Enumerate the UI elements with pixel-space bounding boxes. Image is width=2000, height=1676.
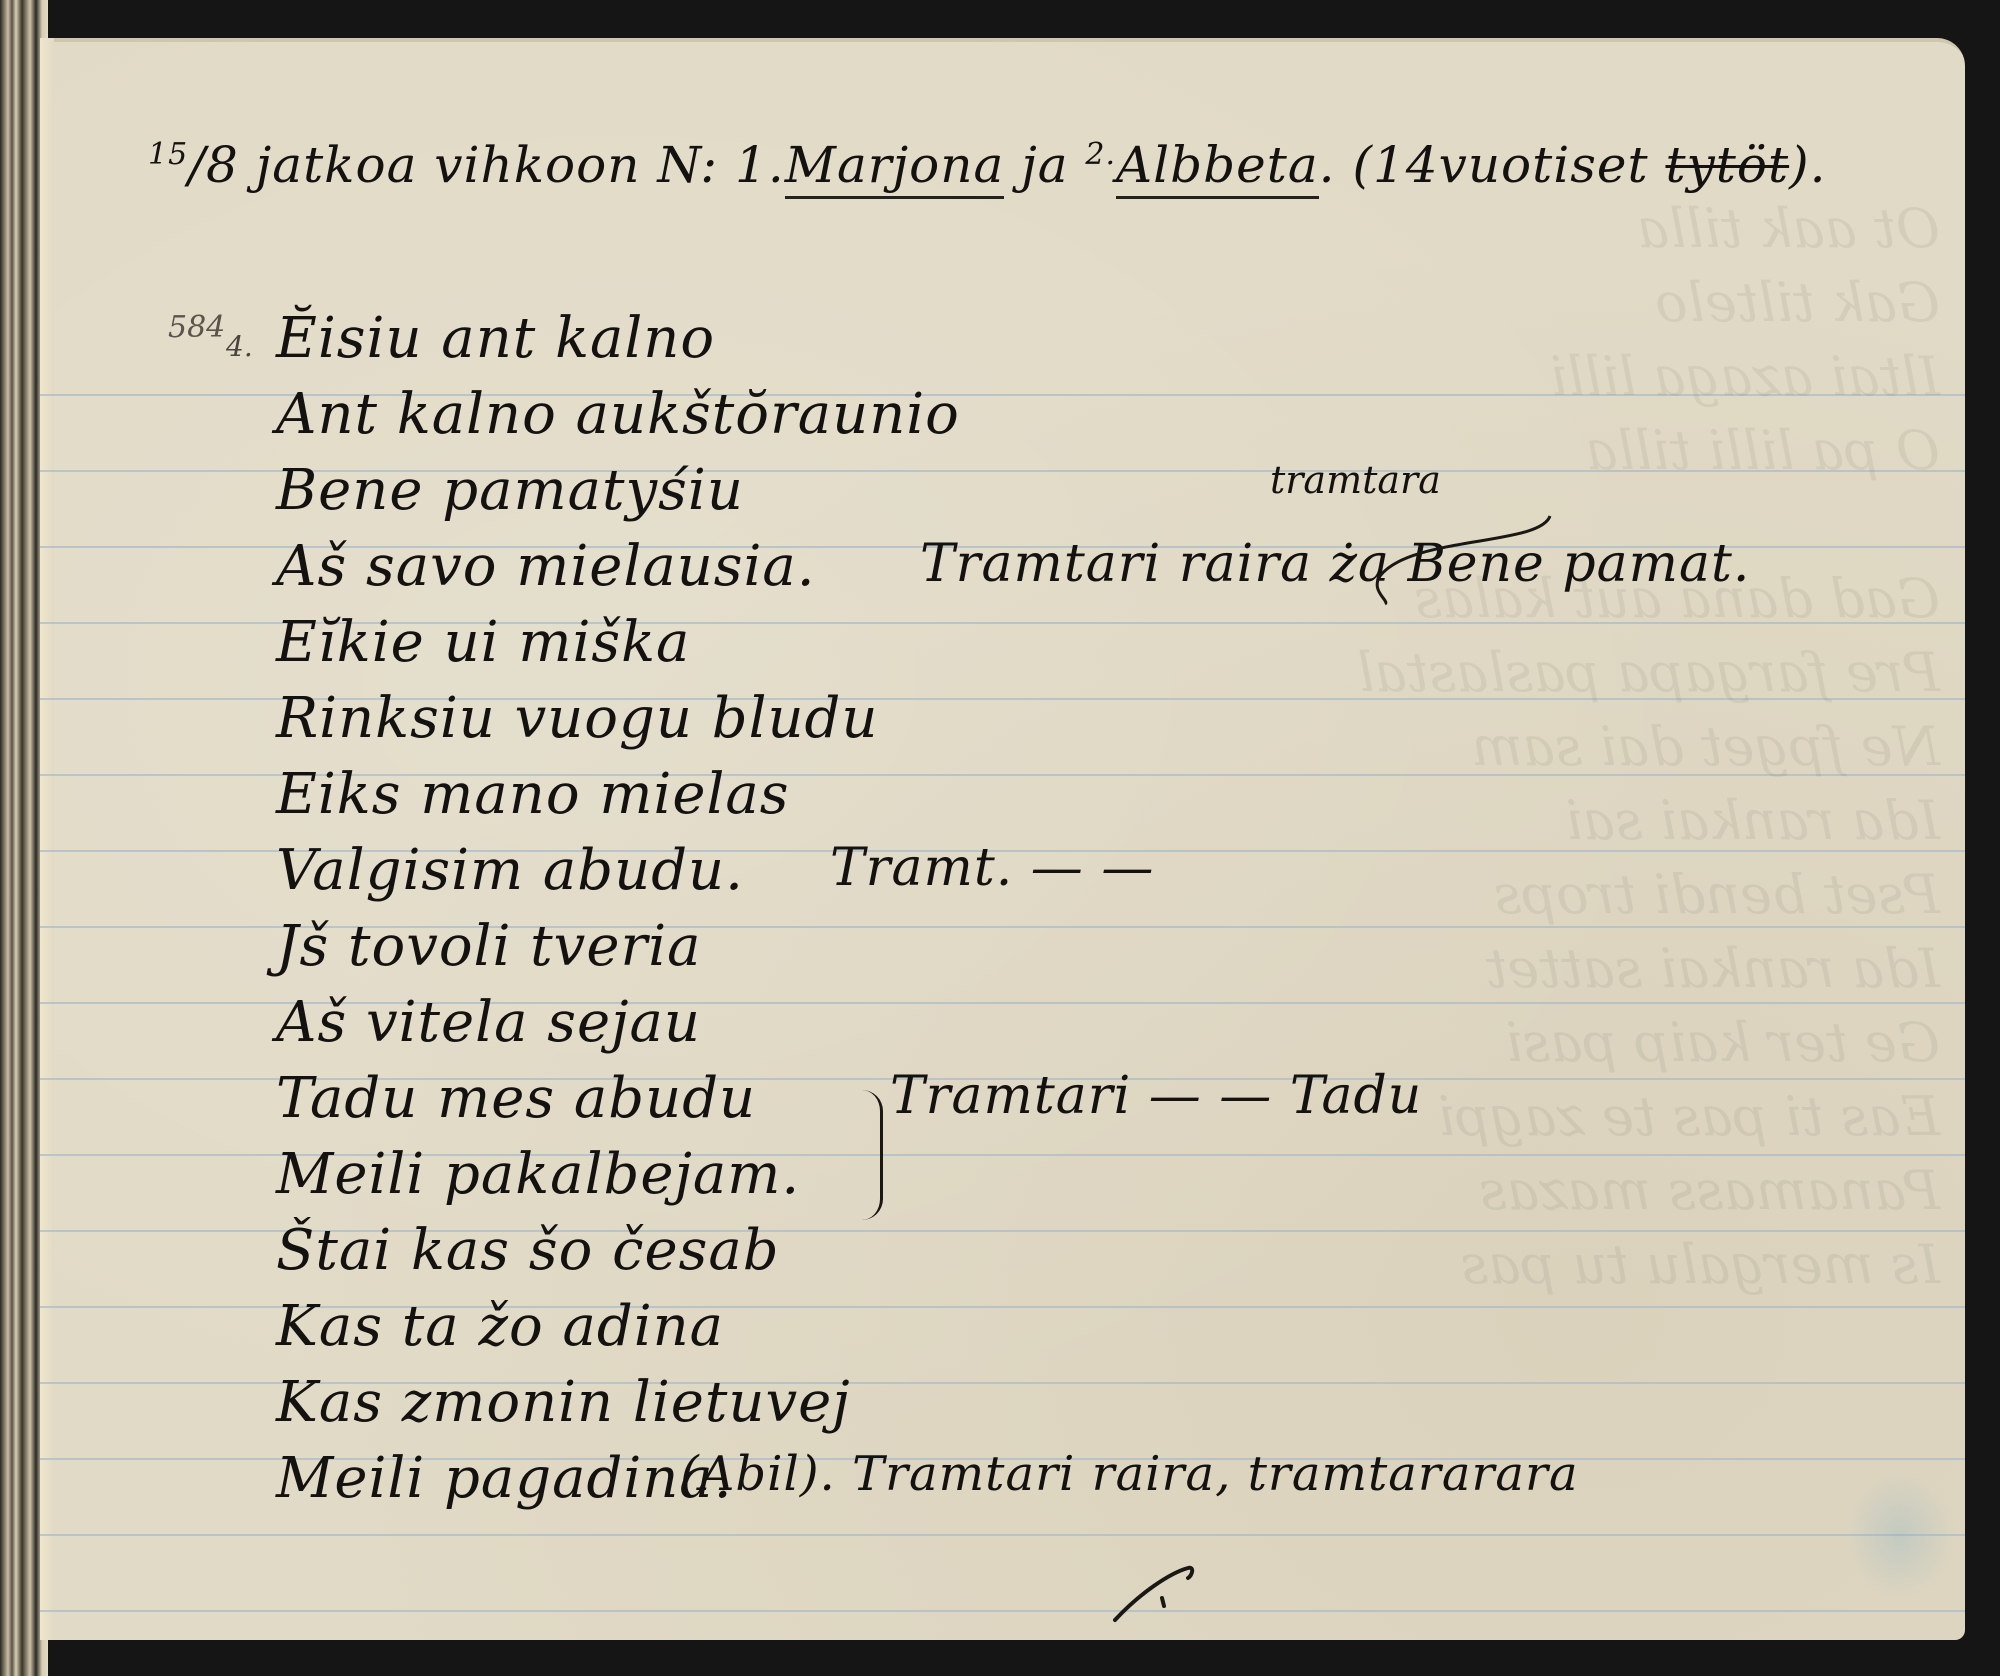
date-denominator: 8 xyxy=(206,136,239,194)
verse-line: Kas ta žo adina xyxy=(276,1294,724,1359)
verse-line: Ĕisiu ant kalno xyxy=(276,306,715,371)
paren-open: . (14 xyxy=(1319,136,1439,194)
header-line: 15/8 jatkoa vihkoon N: 1.Marjona ja 2.Al… xyxy=(148,136,1827,194)
singer-2-name: Albbeta xyxy=(1116,136,1319,199)
end-mark-icon xyxy=(1110,1558,1230,1628)
insertion-mark-icon xyxy=(1310,506,1560,606)
verse-line: Meili pagadina. xyxy=(276,1446,733,1511)
verse-line: Aš savo mielausia. xyxy=(276,534,816,599)
bracket-mark xyxy=(862,1090,883,1220)
verse-line: Eĭkie ui miška xyxy=(276,610,690,675)
verse-line: Valgisim abudu. xyxy=(276,838,744,903)
verse-line: Tadu mes abudu xyxy=(276,1066,756,1131)
rule-line xyxy=(40,1534,1965,1536)
paren-close: ). xyxy=(1789,136,1826,194)
age-text: vuotiset xyxy=(1439,136,1649,194)
date-numerator: 15 xyxy=(148,137,188,172)
verse-line: Kas zmonin lietuvej xyxy=(276,1370,851,1435)
page-inner-edge xyxy=(40,38,54,1640)
verse-line: Meili pakalbejam. xyxy=(276,1142,800,1207)
verse-line: Štai kas šo česab xyxy=(276,1218,780,1283)
verse-line: Bene pamatyśiu xyxy=(276,458,744,523)
stanza-number: 4. xyxy=(226,330,253,363)
verse-line: Eiks mano mielas xyxy=(276,762,790,827)
singer-1-number: 1. xyxy=(735,136,785,194)
refrain-note: Tramt. — — xyxy=(830,838,1154,898)
verse-line: Jš tovoli tveria xyxy=(276,914,702,979)
singer-1-name: Marjona xyxy=(785,136,1005,199)
refrain-note: (Abil). Tramtari raira, tramtararara xyxy=(680,1446,1579,1502)
verse-line: Ant kalno aukštŏraunio xyxy=(276,382,960,447)
rule-line xyxy=(40,1610,1965,1612)
ink-stain xyxy=(1845,1470,1955,1600)
struck-word: tytöt xyxy=(1665,136,1789,194)
margin-number: 584 xyxy=(168,310,225,345)
verse-line: Aš vitela sejau xyxy=(276,990,701,1055)
refrain-note: Tramtari — — Tadu xyxy=(890,1066,1422,1126)
verse-line: Rinksiu vuogu bludu xyxy=(276,686,878,751)
header-text: jatkoa vihkoon N: xyxy=(256,136,718,194)
singer-2-number: 2. xyxy=(1085,137,1116,172)
conjunction: ja xyxy=(1021,136,1068,194)
bleed-through-text: Ot aak tilla Gak tiltelo Iltai azaga lil… xyxy=(1040,118,1940,1518)
notebook-page: Ot aak tilla Gak tiltelo Iltai azaga lil… xyxy=(40,38,1965,1640)
interlinear-insert: tramtara xyxy=(1270,458,1441,502)
